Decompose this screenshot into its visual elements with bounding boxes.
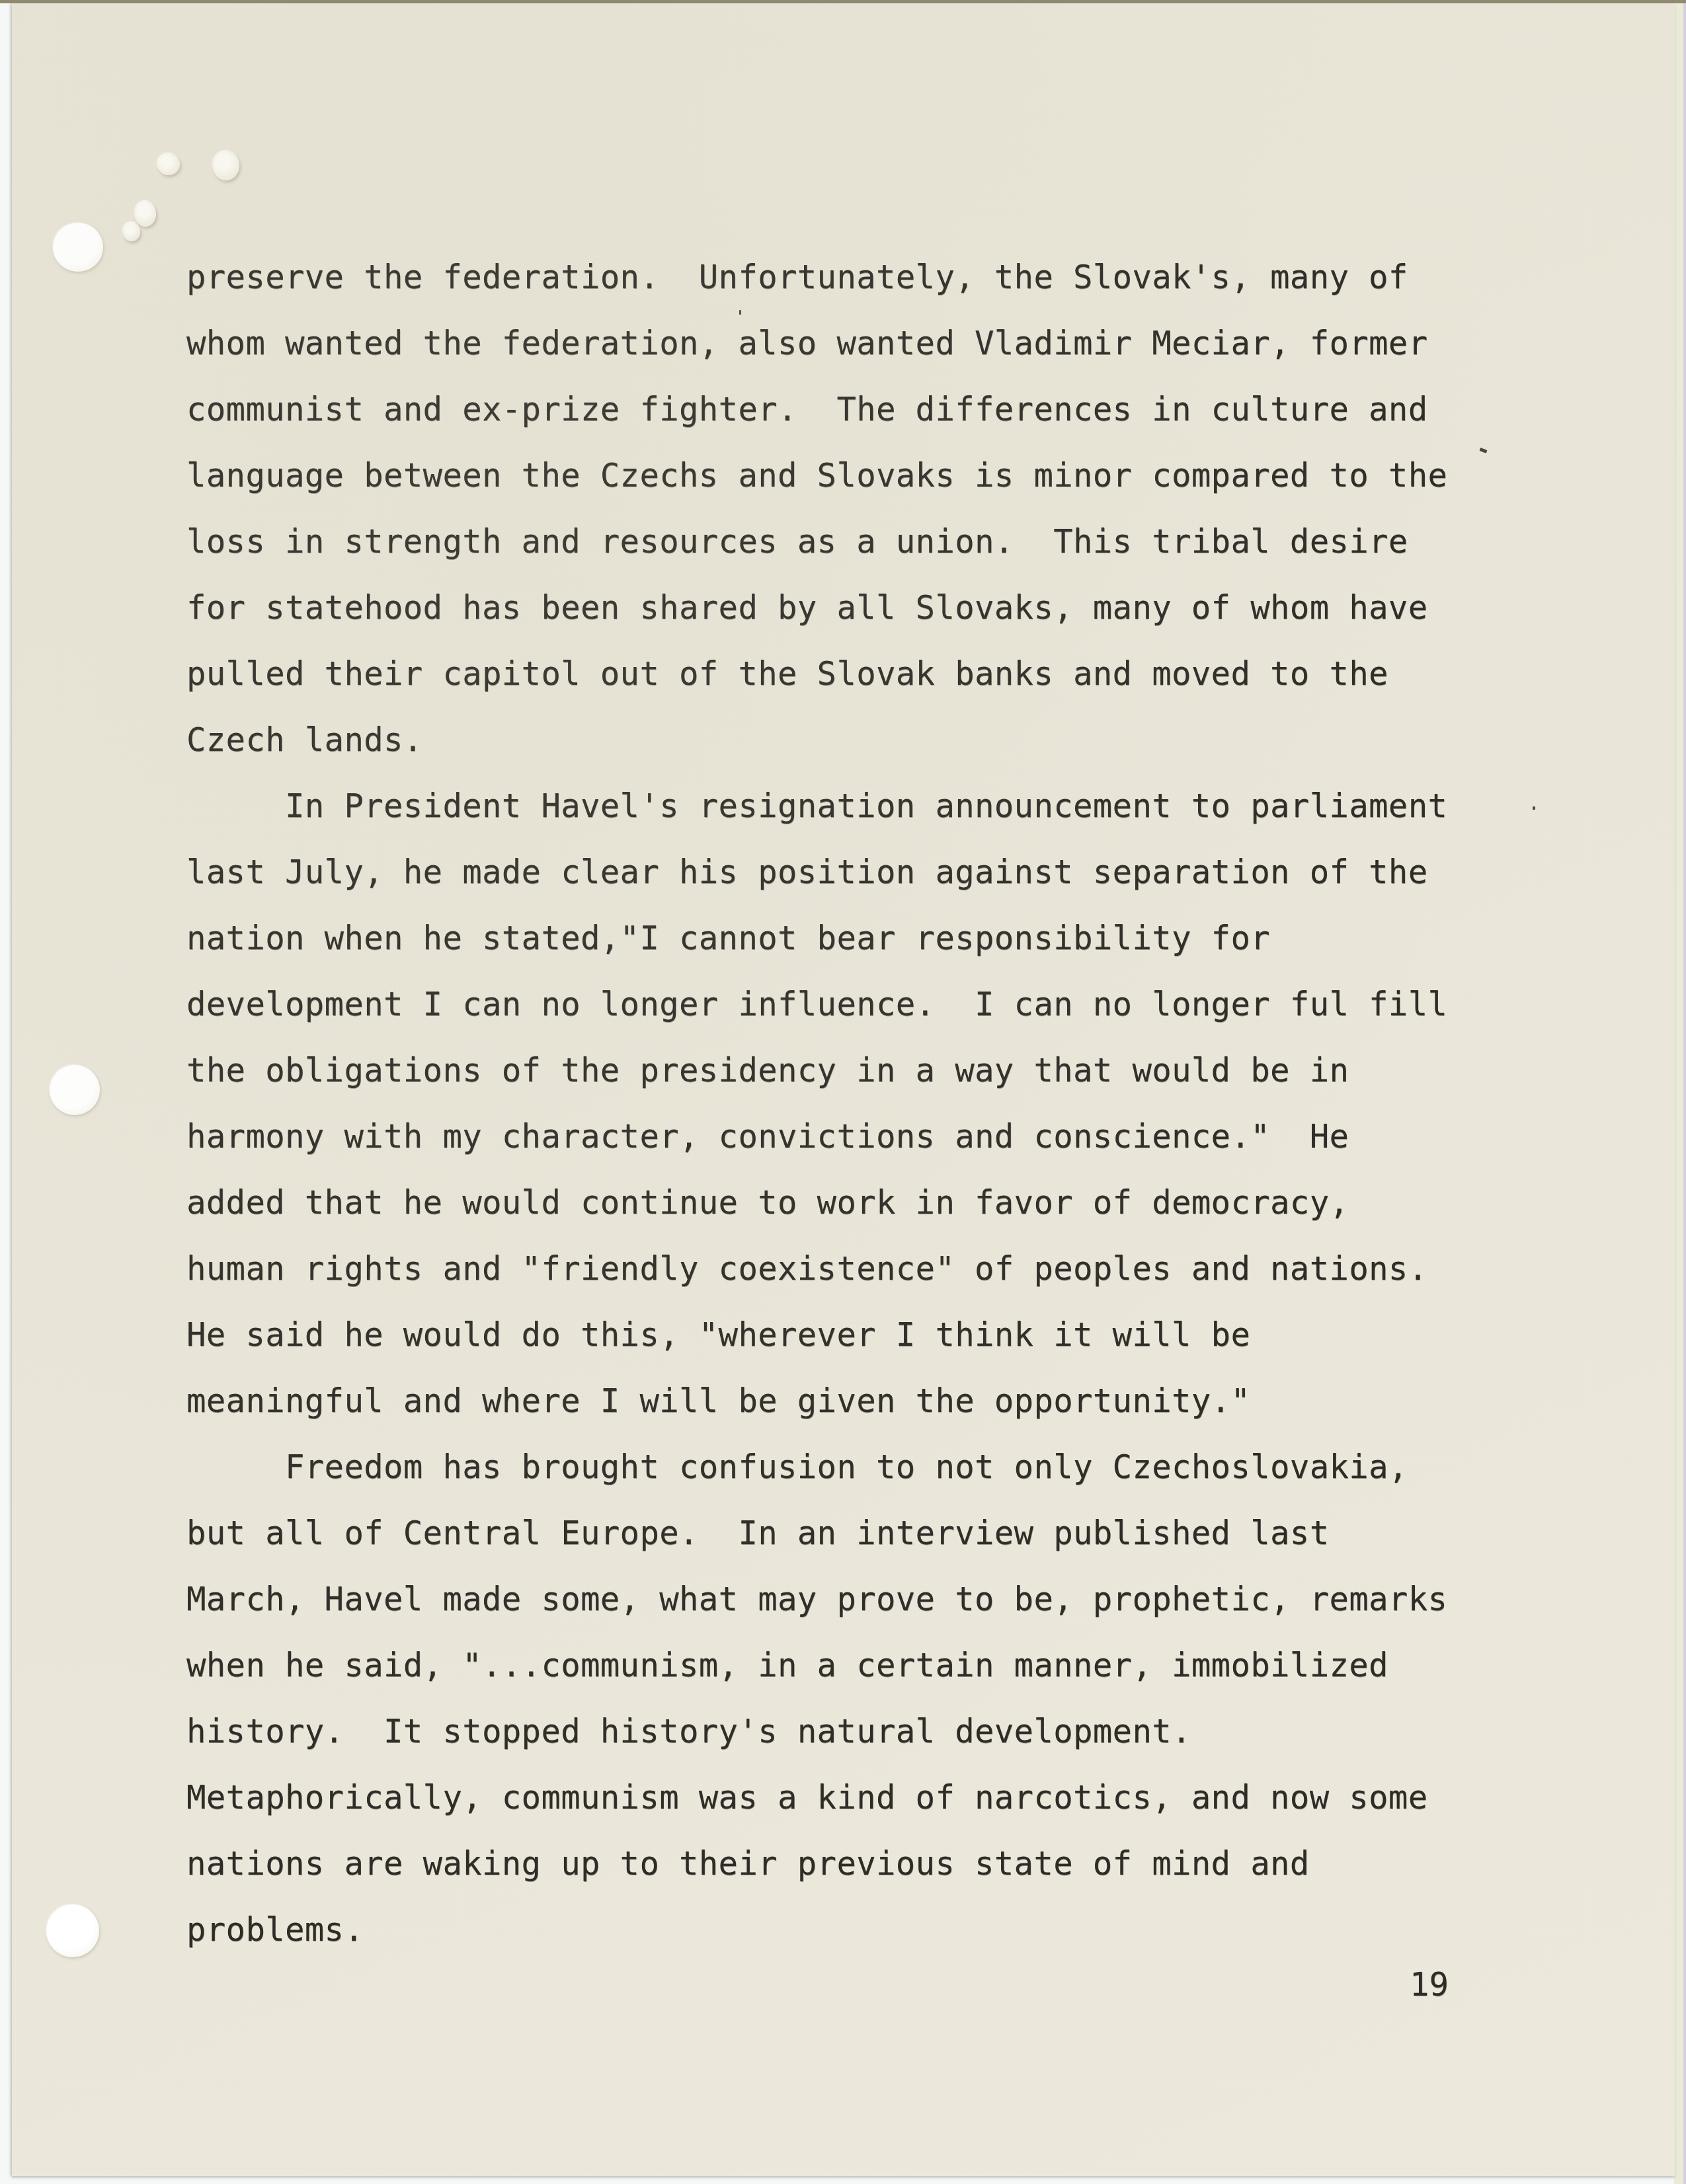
paper-crease xyxy=(213,151,239,180)
text-line: last July, he made clear his position ag… xyxy=(186,839,1509,906)
text-line: meaningful and where I will be given the… xyxy=(186,1368,1509,1434)
paper-sheet: preserve the federation. Unfortunately, … xyxy=(12,3,1675,2176)
paper-crease xyxy=(135,202,156,227)
typewritten-text: preserve the federation. Unfortunately, … xyxy=(186,245,1509,1963)
text-line: added that he would continue to work in … xyxy=(186,1170,1509,1236)
hole-punch-middle xyxy=(50,1065,100,1115)
text-line: but all of Central Europe. In an intervi… xyxy=(186,1501,1509,1567)
text-line: language between the Czechs and Slovaks … xyxy=(186,443,1509,509)
text-line: Metaphorically, communism was a kind of … xyxy=(186,1765,1509,1831)
text-line: preserve the federation. Unfortunately, … xyxy=(186,245,1509,311)
scanned-page: preserve the federation. Unfortunately, … xyxy=(0,0,1686,2184)
text-line: the obligations of the presidency in a w… xyxy=(186,1038,1509,1104)
text-line: nations are waking up to their previous … xyxy=(186,1831,1509,1897)
text-line: nation when he stated,"I cannot bear res… xyxy=(186,906,1509,972)
scan-edge-right-line xyxy=(1683,3,1686,2184)
text-line: pulled their capitol out of the Slovak b… xyxy=(186,641,1509,707)
text-line: development I can no longer influence. I… xyxy=(186,972,1509,1038)
text-line: for statehood has been shared by all Slo… xyxy=(186,575,1509,641)
text-line: Czech lands. xyxy=(186,707,1509,773)
text-line: history. It stopped history's natural de… xyxy=(186,1699,1509,1765)
text-line: when he said, "...communism, in a certai… xyxy=(186,1633,1509,1699)
text-line: communist and ex-prize fighter. The diff… xyxy=(186,377,1509,443)
hole-punch-bottom xyxy=(46,1904,99,1957)
ink-speck xyxy=(1533,806,1535,810)
hole-punch-top xyxy=(53,223,103,272)
text-line: problems. xyxy=(186,1897,1509,1963)
paper-crease xyxy=(157,154,180,175)
text-line: March, Havel made some, what may prove t… xyxy=(186,1567,1509,1633)
text-line: In President Havel's resignation announc… xyxy=(186,773,1509,839)
text-line: whom wanted the federation, also wanted … xyxy=(186,311,1509,377)
text-line: human rights and "friendly coexistence" … xyxy=(186,1236,1509,1302)
paper-crease xyxy=(123,223,140,241)
page-number: 19 xyxy=(1410,1952,1449,2018)
text-line: harmony with my character, convictions a… xyxy=(186,1104,1509,1170)
scan-edge-right xyxy=(1674,3,1683,2184)
text-line: He said he would do this, "wherever I th… xyxy=(186,1302,1509,1368)
text-line: loss in strength and resources as a unio… xyxy=(186,509,1509,575)
text-line: Freedom has brought confusion to not onl… xyxy=(186,1434,1509,1501)
